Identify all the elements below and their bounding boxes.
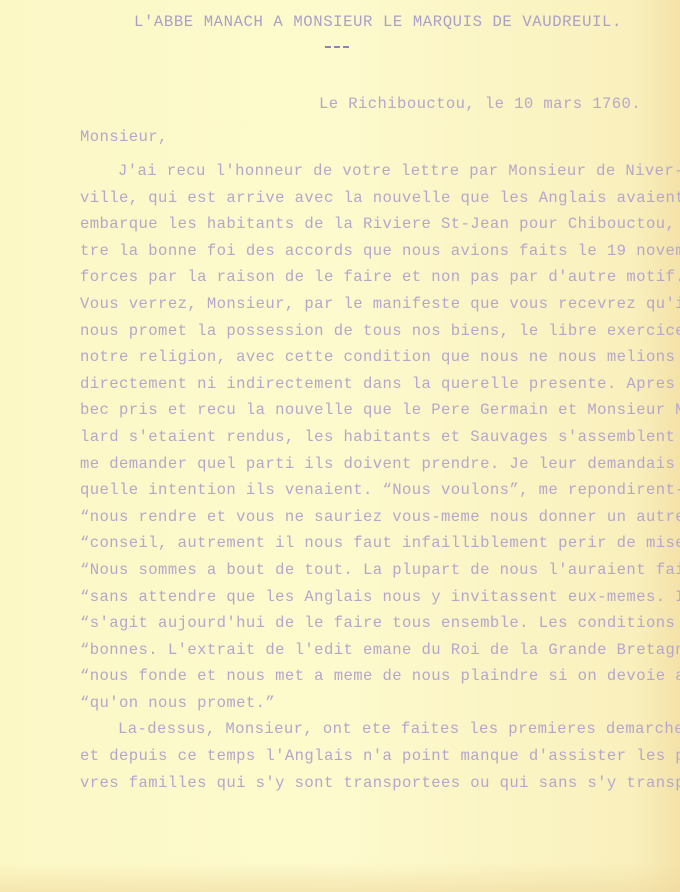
body-line: notre religion, avec cette condition que… [80, 344, 680, 371]
body-line: Vous verrez, Monsieur, par le manifeste … [80, 291, 680, 318]
body-line: et depuis ce temps l'Anglais n'a point m… [80, 743, 680, 770]
body-line: “bonnes. L'extrait de l'edit emane du Ro… [80, 637, 680, 664]
title-underline [325, 46, 349, 48]
letter-title: L'ABBE MANACH A MONSIEUR LE MARQUIS DE V… [134, 12, 622, 32]
body-line: me demander quel parti ils doivent prend… [80, 451, 680, 478]
body-line: embarque les habitants de la Riviere St-… [80, 211, 680, 238]
body-line: “Nous sommes a bout de tout. La plupart … [80, 557, 680, 584]
body-line: “conseil, autrement il nous faut infaill… [80, 530, 680, 557]
body-line: nous promet la possession de tous nos bi… [80, 318, 680, 345]
paper-edge-shade [0, 862, 680, 892]
body-line: “sans attendre que les Anglais nous y in… [80, 584, 680, 611]
dateline: Le Richibouctou, le 10 mars 1760. [319, 94, 641, 114]
body-line: lard s'etaient rendus, les habitants et … [80, 424, 680, 451]
body-line: forces par la raison de le faire et non … [80, 264, 680, 291]
body-line: ville, qui est arrive avec la nouvelle q… [80, 185, 680, 212]
body-line: bec pris et recu la nouvelle que le Pere… [80, 397, 680, 424]
body-line: vres familles qui s'y sont transportees … [80, 770, 680, 797]
body-line: “qu'on nous promet.” [80, 690, 680, 717]
body-line: “nous rendre et vous ne sauriez vous-mem… [80, 504, 680, 531]
body-line: directement ni indirectement dans la que… [80, 371, 680, 398]
body-line: La-dessus, Monsieur, ont ete faites les … [80, 716, 680, 743]
body-line: J'ai recu l'honneur de votre lettre par … [80, 158, 680, 185]
letter-page: L'ABBE MANACH A MONSIEUR LE MARQUIS DE V… [0, 0, 680, 892]
body-line: quelle intention ils venaient. “Nous vou… [80, 477, 680, 504]
body-line: “nous fonde et nous met a meme de nous p… [80, 663, 680, 690]
salutation: Monsieur, [80, 127, 168, 147]
body-line: “s'agit aujourd'hui de le faire tous ens… [80, 610, 680, 637]
letter-body: J'ai recu l'honneur de votre lettre par … [80, 158, 680, 796]
body-line: tre la bonne foi des accords que nous av… [80, 238, 680, 265]
